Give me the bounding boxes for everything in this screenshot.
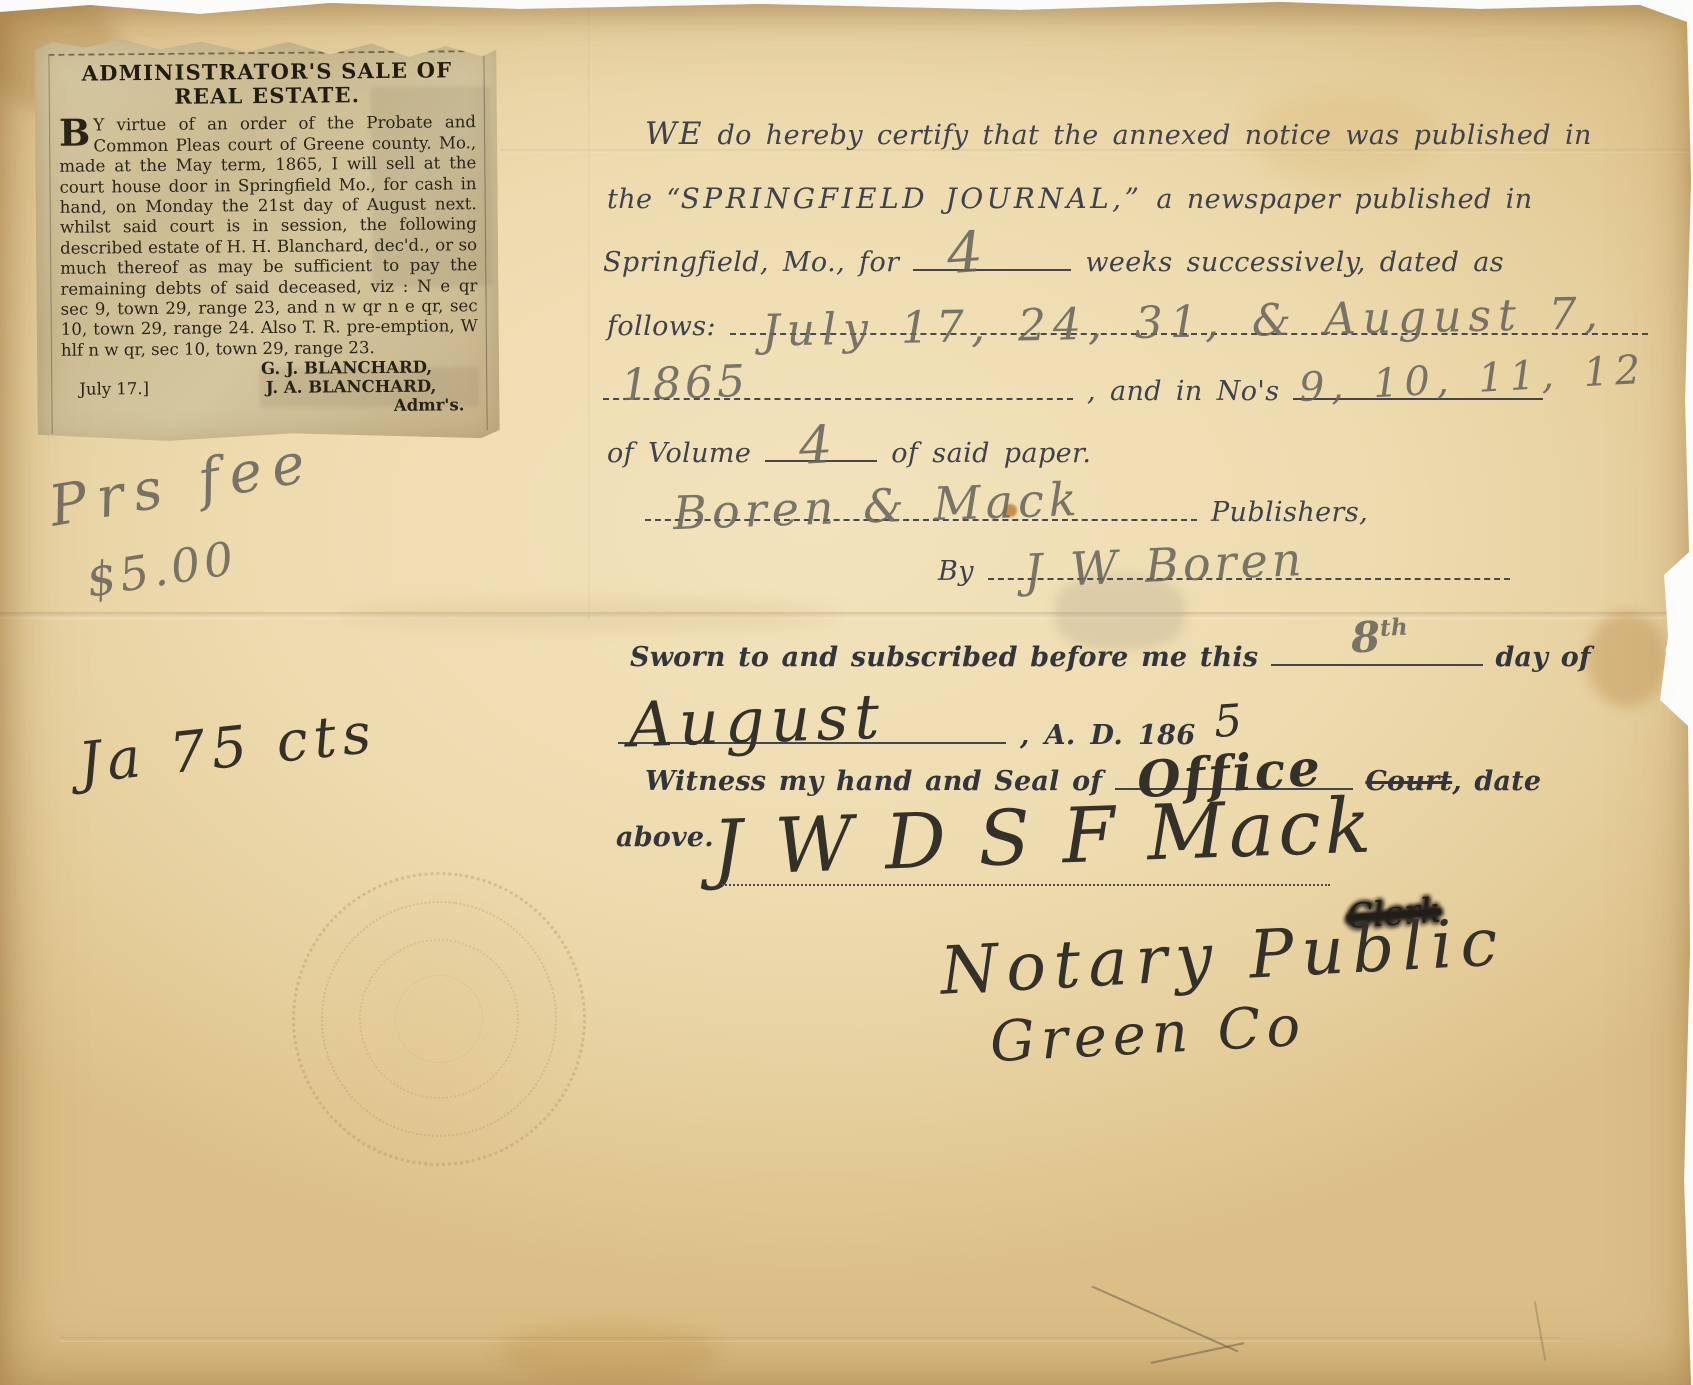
sworn-line-post: day of (1495, 642, 1590, 673)
notary-title-script: Notary Public (938, 903, 1507, 1009)
clipping-signer-role: Admr's. (61, 395, 478, 418)
handwritten-issue-numbers: 9, 10, 11, 12 (1298, 347, 1647, 411)
day-suffix: th (1379, 614, 1408, 642)
stain (340, 600, 840, 630)
witness-line-pre: Witness my hand and Seal of (645, 766, 1102, 797)
day-number: 8 (1350, 612, 1382, 662)
pencil-scratch (1151, 1342, 1244, 1364)
certificate-line-5: 1865 , and in No's 9, 10, 11, 12 (603, 376, 1543, 407)
witness-line-post: , date (1452, 766, 1541, 797)
certificate-line-3-post: weeks successively, dated as (1085, 247, 1504, 278)
certificate-line-3-pre: Springfield, Mo., for (603, 247, 899, 278)
year-fill-line: 1865 (603, 398, 1073, 400)
certificate-line-2-post: a newspaper published in (1156, 184, 1532, 215)
certificate-line-1: WE do hereby certify that the annexed no… (645, 116, 1592, 152)
certificate-lead-word: WE (645, 116, 704, 152)
by-label: By (938, 556, 974, 587)
embossed-notary-seal-icon (273, 853, 605, 1185)
journal-name: SPRINGFIELD JOURNAL,” (681, 182, 1143, 215)
seal-ring (306, 886, 573, 1153)
by-signature-line: By J W Boren (938, 556, 1510, 587)
clipping-date-note: July 17.] (63, 379, 149, 399)
fold-crease (60, 1337, 1560, 1342)
certificate-line-1-text: do hereby certify that the annexed notic… (717, 120, 1591, 151)
scanned-document-page: ADMINISTRATOR'S SALE OF REAL ESTATE. BY … (0, 0, 1693, 1385)
month-fill-line: August (618, 742, 1006, 744)
struck-court-word: Court (1365, 766, 1452, 797)
certificate-line-2: the “SPRINGFIELD JOURNAL,” a newspaper p… (607, 182, 1532, 215)
publisher-signature-line: Boren & Mack Publishers, (645, 497, 1368, 528)
clipping-signer-1: G. J. BLANCHARD, (261, 358, 432, 378)
paper-sheet: ADMINISTRATOR'S SALE OF REAL ESTATE. BY … (0, 0, 1693, 1385)
weeks-fill-line: 4 (913, 269, 1071, 271)
handwritten-month: August (627, 680, 886, 762)
clipping-headline: ADMINISTRATOR'S SALE OF REAL ESTATE. (58, 58, 475, 110)
certificate-line-4: follows: July 17, 24, 31, & August 7, (607, 311, 1648, 342)
pencil-scratch (1092, 1286, 1239, 1353)
publishers-label: Publishers, (1211, 497, 1368, 528)
notary-county-script: Green Co (989, 994, 1308, 1075)
witness-line: Witness my hand and Seal of Office Court… (645, 766, 1541, 797)
sworn-line-pre: Sworn to and subscribed before me this (630, 642, 1258, 673)
stain (500, 1322, 720, 1382)
handwritten-volume: 4 (798, 415, 835, 477)
certificate-line-6-pre: of Volume (607, 438, 751, 469)
by-fill-line: J W Boren (988, 578, 1510, 580)
fee-note-annotation: Prs fee (44, 429, 319, 540)
cost-note-annotation: Ja 75 cts (75, 701, 379, 797)
office-fill-line: Office (1115, 788, 1353, 790)
seal-ring (349, 929, 530, 1110)
publisher-fill-line: Boren & Mack (645, 519, 1197, 521)
dates-fill-line: July 17, 24, 31, & August 7, (730, 333, 1648, 335)
handwritten-day: 8th (1350, 611, 1410, 663)
certificate-line-6: of Volume 4 of said paper. (607, 438, 1091, 469)
clipping-signer-2: J. A. BLANCHARD, (266, 377, 437, 397)
clipping-body-text: BY virtue of an order of the Probate and… (59, 112, 478, 361)
certificate-line-4-pre: follows: (607, 311, 716, 342)
clipping-column: ADMINISTRATOR'S SALE OF REAL ESTATE. BY … (48, 50, 487, 434)
month-line: August , A. D. 186 5 (618, 704, 1238, 755)
above-label: above. (616, 822, 714, 853)
newspaper-clipping: ADMINISTRATOR'S SALE OF REAL ESTATE. BY … (34, 36, 499, 442)
pencil-scratch (1534, 1301, 1546, 1360)
signature-underline (722, 884, 1330, 886)
stain (1586, 612, 1666, 707)
scribbled-clerk-word: Clerk (1346, 779, 1693, 937)
certificate-line-5-mid: , and in No's (1087, 376, 1279, 407)
fee-amount-annotation: $5.00 (83, 530, 241, 607)
handwritten-dates: July 17, 24, 31, & August 7, (762, 288, 1606, 357)
day-fill-line: 8th (1271, 664, 1483, 666)
volume-fill-line: 4 (765, 460, 877, 462)
publisher-signature: Boren & Mack (672, 472, 1082, 540)
seal-ring (389, 969, 488, 1068)
handwritten-year: 1865 (620, 356, 750, 411)
handwritten-weeks-count: 4 (945, 220, 985, 287)
issue-numbers-fill-line: 9, 10, 11, 12 (1293, 398, 1543, 400)
certificate-line-2-pre: the “ (607, 184, 681, 215)
fold-crease (588, 0, 592, 620)
certificate-line-3: Springfield, Mo., for 4 weeks successive… (603, 247, 1504, 278)
certificate-line-6-post: of said paper. (891, 438, 1091, 469)
sworn-line: Sworn to and subscribed before me this 8… (630, 642, 1591, 673)
ad-label: , A. D. 186 (1020, 720, 1196, 751)
handwritten-year-digit: 5 (1212, 695, 1244, 748)
fold-crease (0, 612, 1693, 619)
notary-signature: J W D S F Mack (711, 780, 1377, 892)
